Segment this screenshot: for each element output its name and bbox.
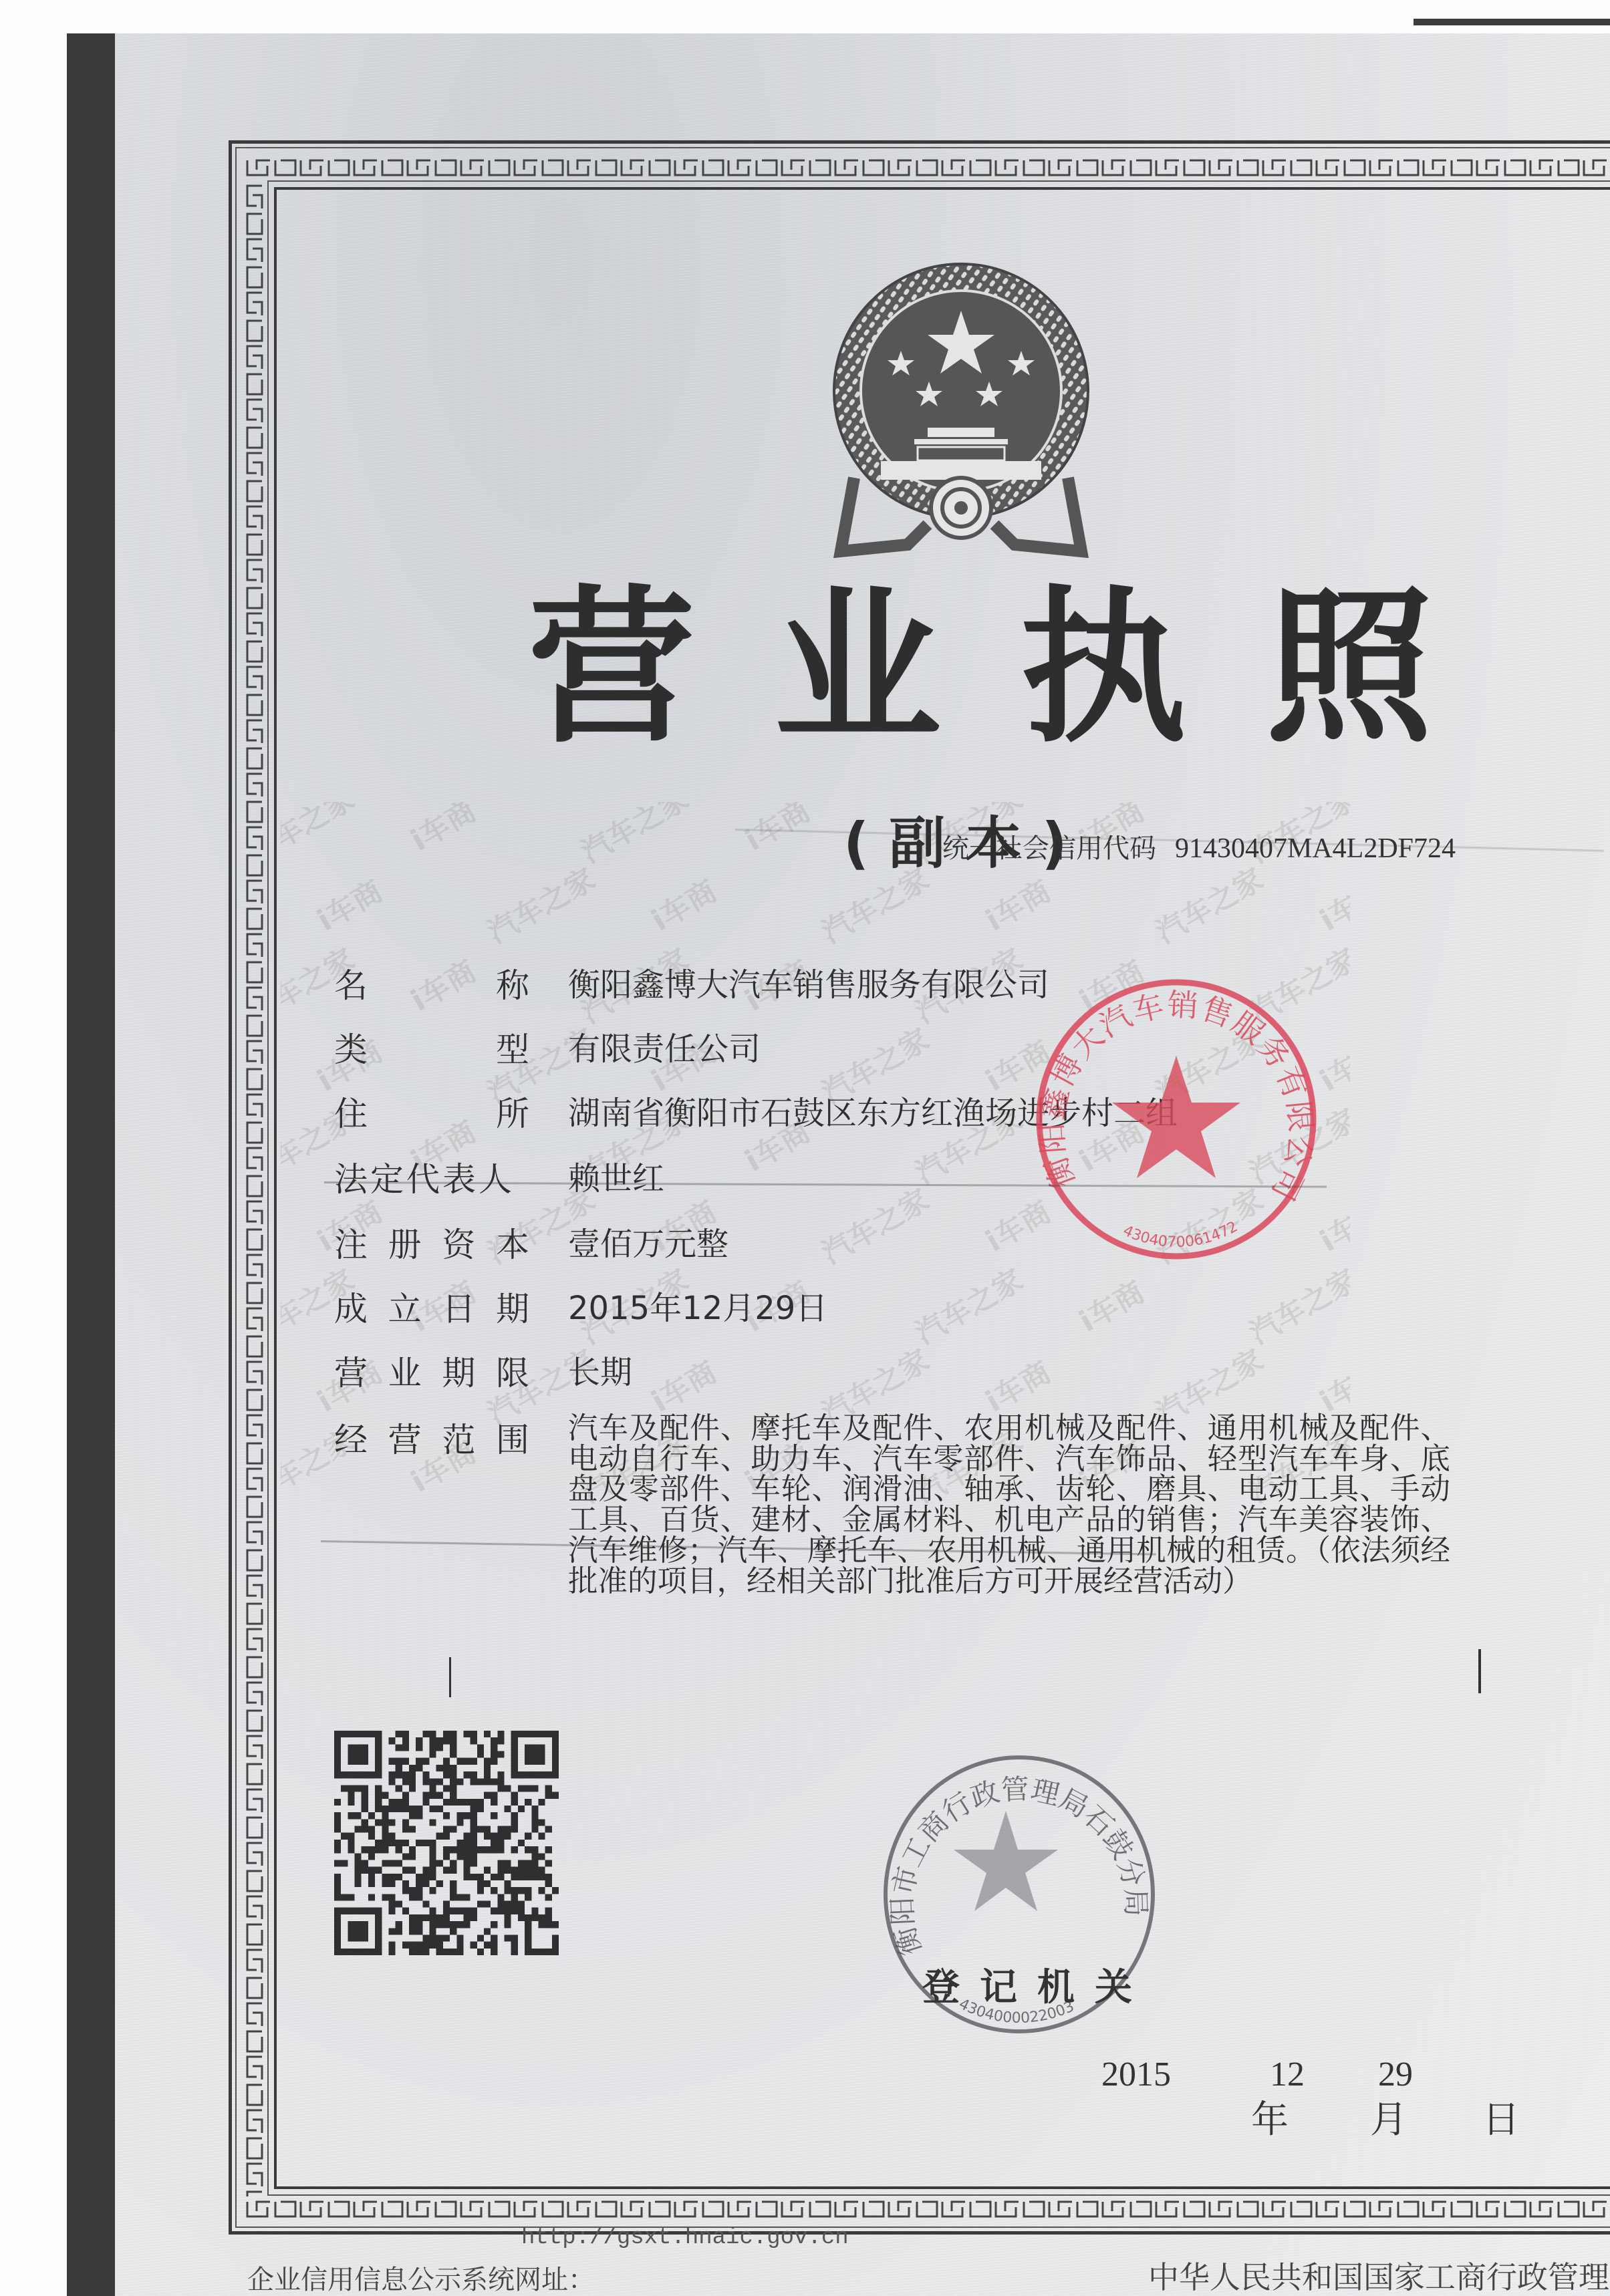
field-row: 营业期限长期 (334, 1346, 1470, 1407)
field-label-char: 营 (334, 1346, 368, 1395)
ink-mark (449, 1657, 451, 1697)
field-label: 名称 (334, 959, 529, 1007)
footer-system-label: 企业信用信息公示系统网址： (247, 2259, 595, 2296)
business-scope-value: 汽车及配件、摩托车及配件、农用机械及配件、通用机械及配件、电动自行车、助力车、汽… (568, 1413, 1450, 1596)
field-label: 法定代表人 (334, 1153, 529, 1201)
national-emblem-icon (814, 257, 1108, 558)
field-label-char: 住 (334, 1087, 368, 1135)
field-value: 2015年12月29日 (568, 1282, 827, 1328)
field-label: 住所 (334, 1087, 529, 1135)
registration-authority-label: 登记机关 (922, 1958, 1152, 2011)
field-label-char: 类 (334, 1023, 368, 1071)
paper-edge (1414, 19, 1610, 25)
greek-key-border-bottom (242, 2196, 1610, 2222)
document-title: 营业执照 (528, 571, 1430, 765)
field-label-char: 注 (334, 1218, 368, 1266)
printed-url[interactable]: http://gsxt.hnaic.gov.cn (521, 2225, 849, 2251)
field-label-char: 法定代表人 (334, 1153, 515, 1201)
issue-year-unit: 年 (1251, 2090, 1289, 2144)
field-label-char: 立 (388, 1282, 422, 1330)
field-label-char: 所 (496, 1087, 529, 1135)
greek-key-border-top (242, 155, 1610, 180)
field-label-char: 称 (496, 959, 529, 1007)
field-label-char: 围 (496, 1413, 529, 1461)
field-label-char: 型 (496, 1023, 529, 1071)
issue-month: 12 (1270, 2055, 1305, 2094)
field-row: 成立日期2015年12月29日 (334, 1282, 1470, 1342)
field-label: 类型 (334, 1023, 529, 1071)
field-label-char: 名 (334, 959, 368, 1007)
field-value: 长期 (568, 1346, 632, 1393)
field-label-char: 业 (388, 1346, 422, 1395)
field-label-char: 成 (334, 1282, 368, 1330)
issue-year: 2015 (1101, 2055, 1171, 2094)
footer-issuer: 中华人民共和国国家工商行政管理总局监制 (1148, 2253, 1610, 2296)
qr-code[interactable] (334, 1731, 559, 1955)
field-value: 有限责任公司 (568, 1023, 761, 1069)
field-label: 营业期限 (334, 1346, 529, 1395)
credit-code-value: 91430407MA4L2DF724 (1175, 833, 1456, 864)
field-value: 赖世红 (568, 1153, 664, 1199)
field-label-char: 营 (388, 1413, 422, 1461)
scan-edge-shadow (67, 33, 115, 2296)
greek-key-border-left (242, 180, 267, 2196)
field-label: 成立日期 (334, 1282, 529, 1330)
issue-month-unit: 月 (1370, 2090, 1407, 2144)
field-label: 注册资本 (334, 1218, 529, 1266)
company-seal-icon: 衡阳鑫博大汽车销售服务有限公司 4304070061472 (1002, 962, 1350, 1270)
field-label-char: 期 (442, 1346, 475, 1395)
field-label-char: 期 (496, 1282, 529, 1330)
field-label-char: 日 (442, 1282, 475, 1330)
field-label-char: 资 (442, 1218, 475, 1266)
ink-mark (1478, 1649, 1481, 1693)
field-label-char: 册 (388, 1218, 422, 1266)
issue-day: 29 (1378, 2055, 1413, 2094)
scan-margin-left (0, 0, 67, 2296)
field-row: 经营范围汽车及配件、摩托车及配件、农用机械及配件、通用机械及配件、电动自行车、助… (334, 1413, 1470, 1473)
field-label-char: 限 (496, 1346, 529, 1395)
scan-margin-top (0, 0, 1610, 33)
field-label-char: 本 (496, 1218, 529, 1266)
field-label-char: 范 (442, 1413, 475, 1461)
issue-day-unit: 日 (1482, 2090, 1520, 2144)
field-value: 衡阳鑫博大汽车销售服务有限公司 (568, 959, 1049, 1005)
field-label-char: 经 (334, 1413, 368, 1461)
field-value: 壹佰万元整 (568, 1218, 728, 1264)
field-label: 经营范围 (334, 1413, 529, 1461)
